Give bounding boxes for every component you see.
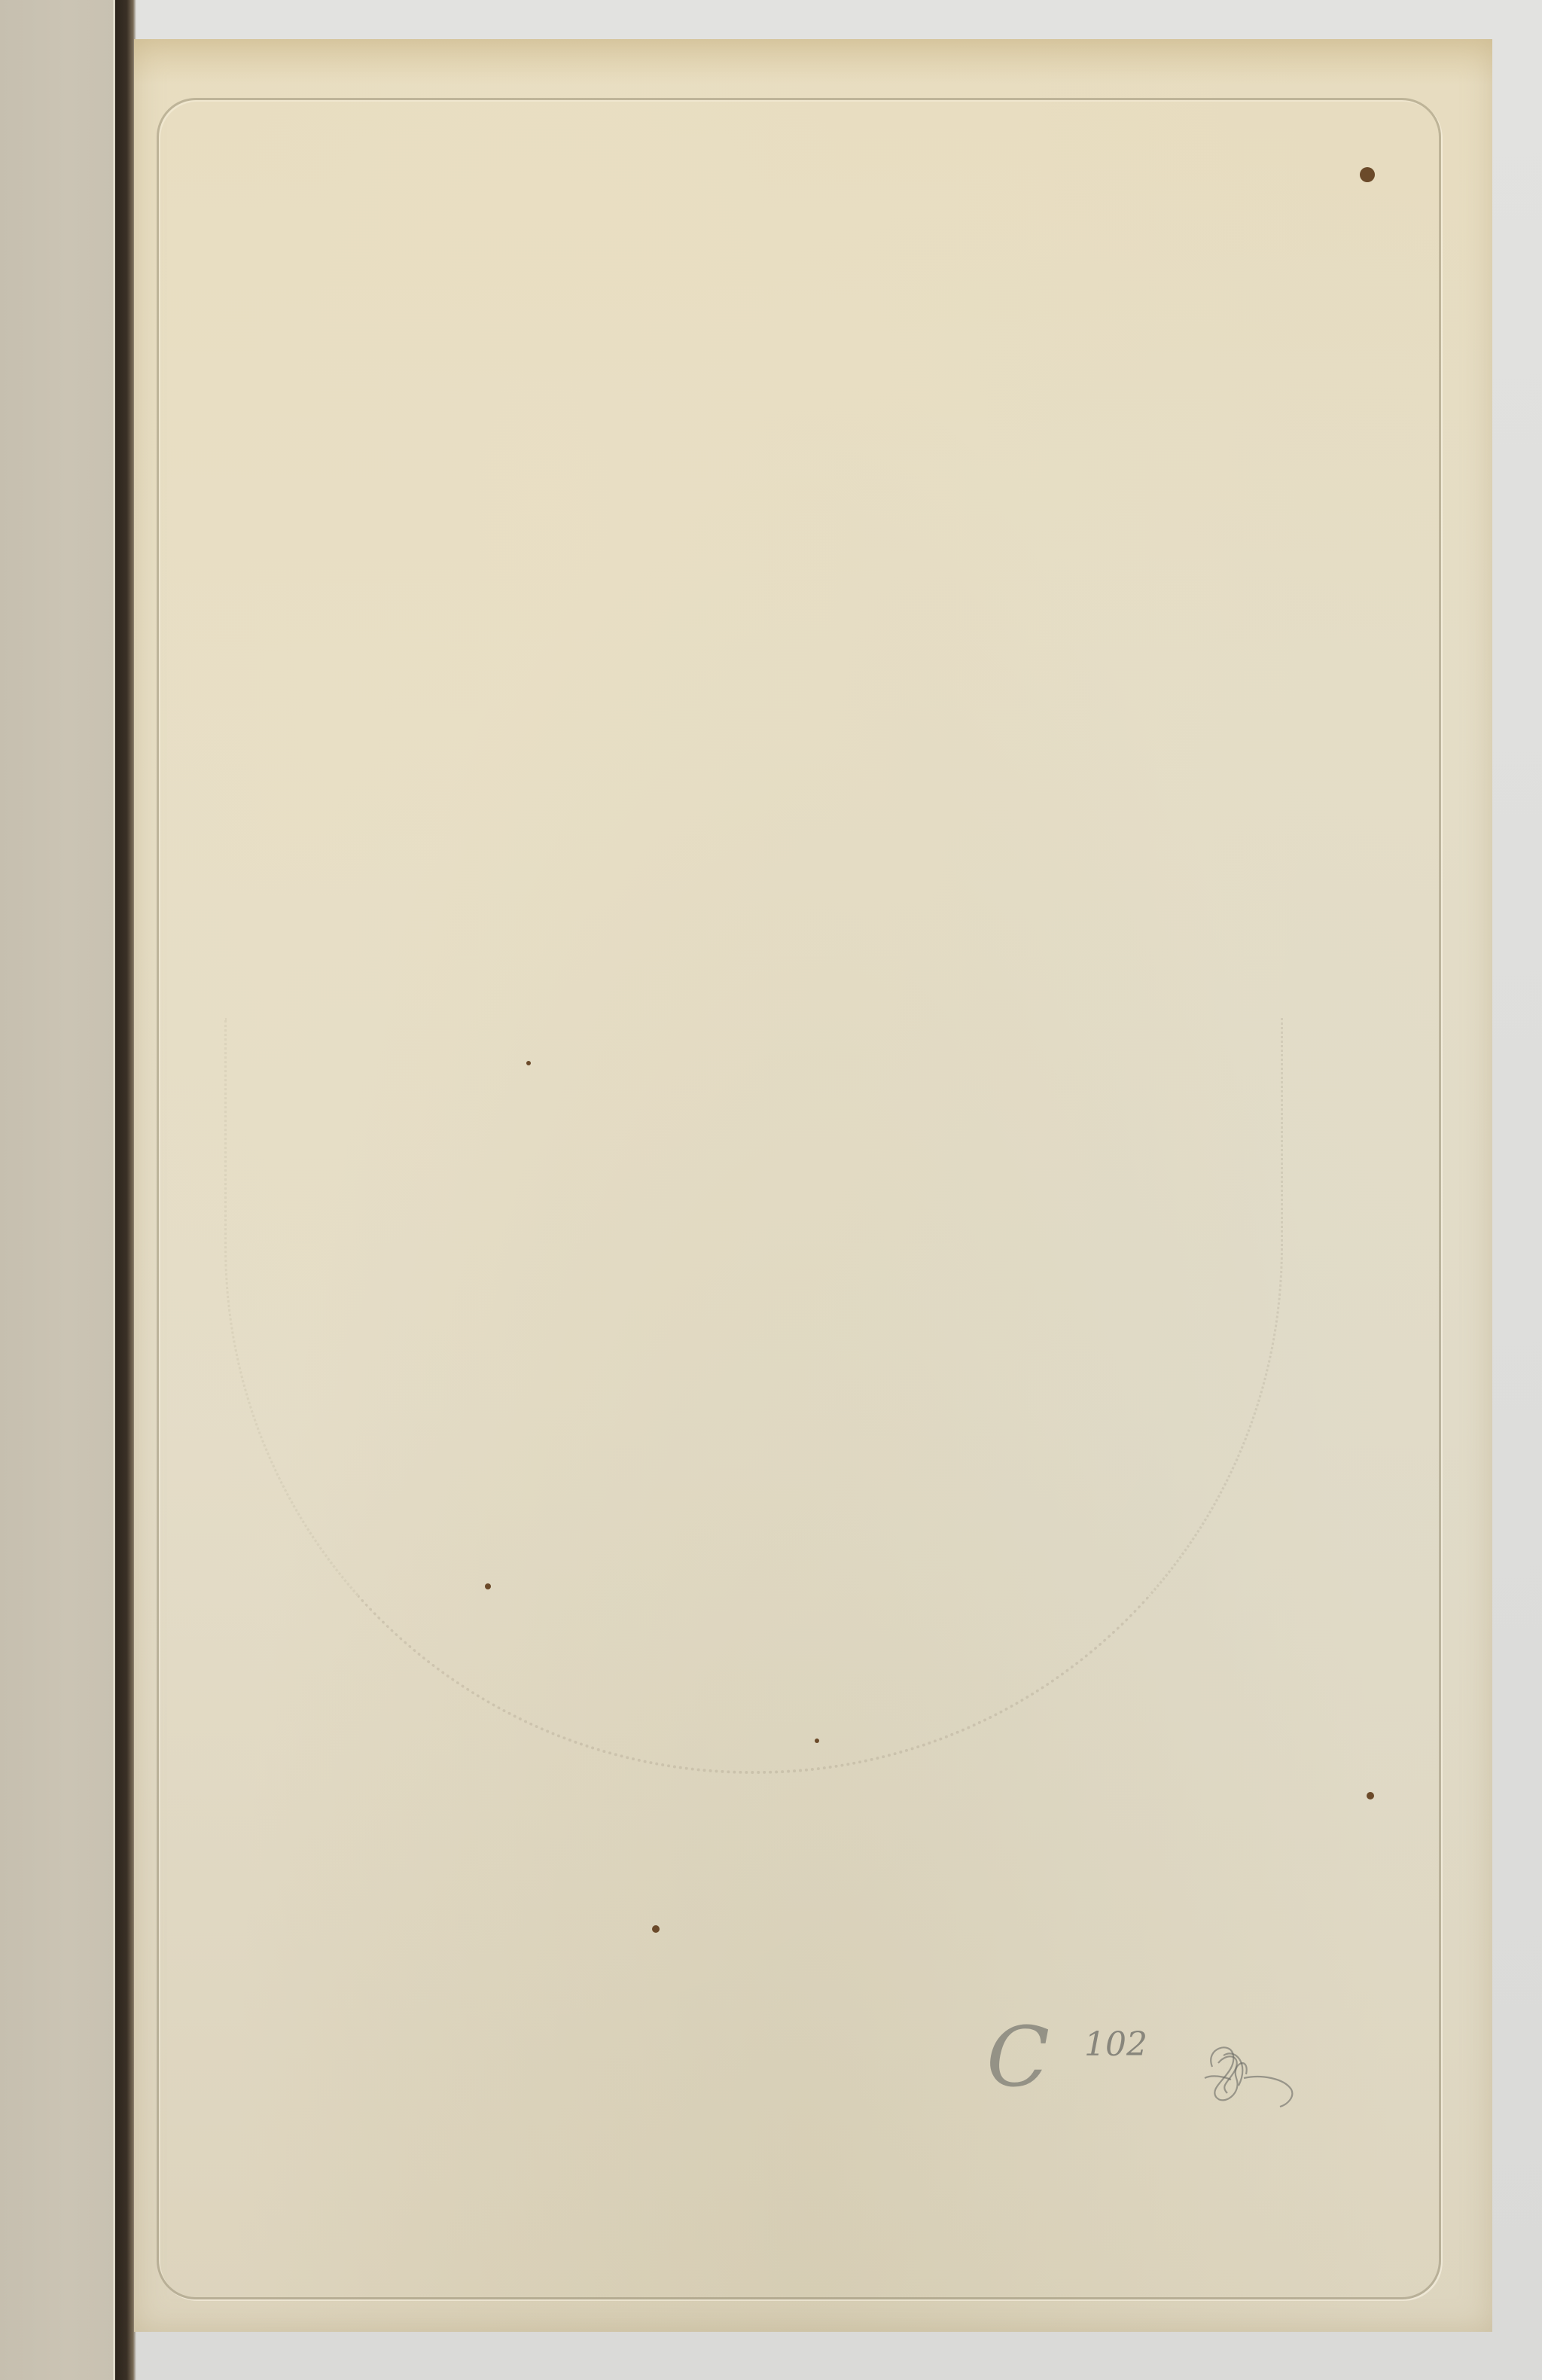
scribble-mark-icon: [1190, 2033, 1295, 2108]
foxing-spot: [1360, 167, 1375, 182]
foxing-spot: [526, 1061, 531, 1065]
foxing-spot: [485, 1583, 491, 1589]
paper-sheet: [134, 39, 1492, 2332]
top-edge-stain: [134, 39, 1492, 84]
pencil-annotation: C 102: [971, 2009, 1303, 2122]
annotation-letter: C: [986, 2009, 1050, 2105]
foxing-spot: [815, 1739, 819, 1743]
photo-scene: C 102: [0, 0, 1542, 2380]
adjacent-page: [0, 0, 114, 2380]
annotation-number: 102: [1084, 2025, 1147, 2064]
foxing-spot: [652, 1925, 660, 1933]
foxing-spot: [1367, 1792, 1374, 1799]
spine-shadow: [115, 0, 136, 2380]
